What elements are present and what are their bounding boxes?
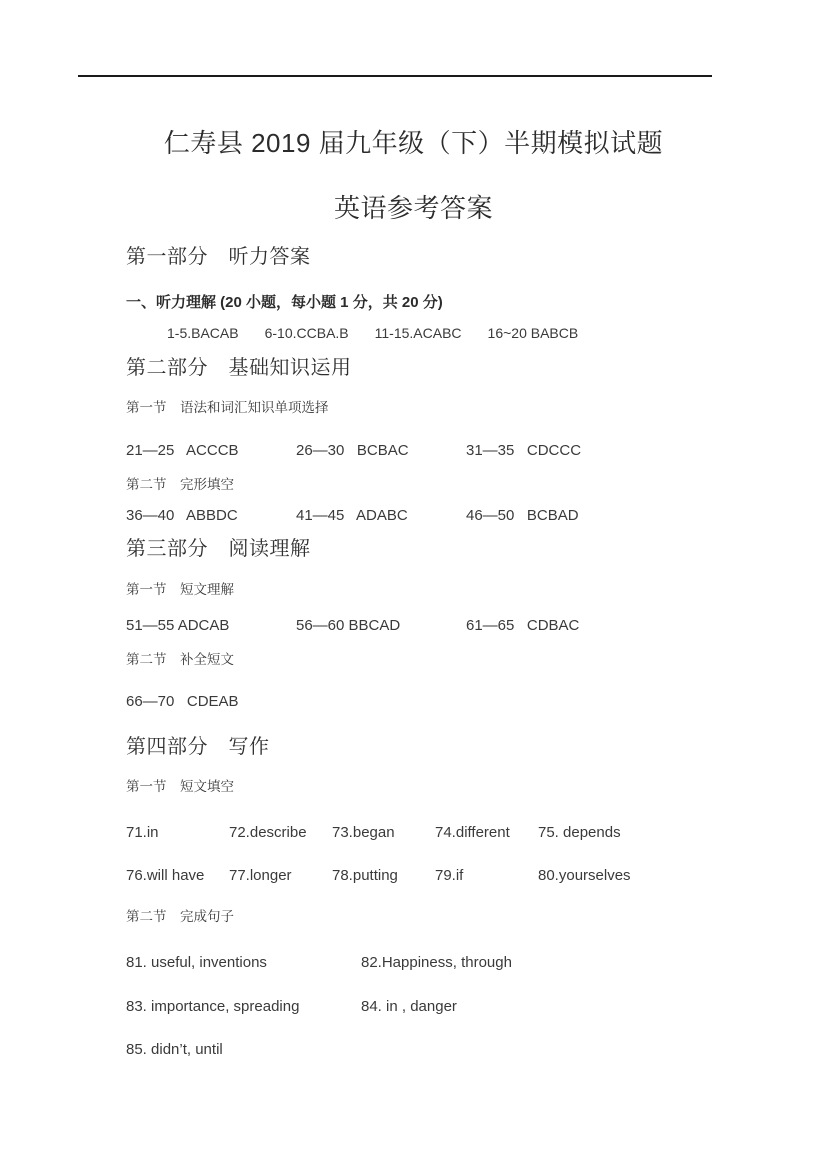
answer-item: 73.began xyxy=(332,824,435,843)
part4-heading: 第四部分 写作 xyxy=(126,735,270,760)
answer-item: 80.yourselves xyxy=(538,867,631,886)
part2-section1-answers: 21—25 ACCCB 26—30 BCBAC 31—35 CDCCC xyxy=(126,442,581,461)
part4-sentence-row: 81. useful, inventions 82.Happiness, thr… xyxy=(126,954,512,973)
answer-item: 71.in xyxy=(126,824,229,843)
answer-group: 1-5.BACAB xyxy=(167,325,239,343)
answer-group: 46—50 BCBAD xyxy=(466,507,579,526)
answer-item: 82.Happiness, through xyxy=(361,954,512,973)
part4-section1-label: 第一节 短文填空 xyxy=(126,779,234,796)
part1-listening-answers: 1-5.BACAB 6-10.CCBA.B 11-15.ACABC 16~20 … xyxy=(167,325,578,343)
answer-group: 66—70 CDEAB xyxy=(126,693,239,712)
answer-group: 61—65 CDBAC xyxy=(466,617,579,636)
part3-section2-label: 第二节 补全短文 xyxy=(126,652,234,669)
answer-group: 41—45 ADABC xyxy=(296,507,466,526)
answer-group: 51—55 ADCAB xyxy=(126,617,296,636)
answer-group: 6-10.CCBA.B xyxy=(265,325,349,343)
header-rule xyxy=(78,75,712,77)
answer-group: 11-15.ACABC xyxy=(375,325,462,343)
part2-heading: 第二部分 基础知识运用 xyxy=(126,356,352,381)
answer-group: 21—25 ACCCB xyxy=(126,442,296,461)
part2-section2-answers: 36—40 ABBDC 41—45 ADABC 46—50 BCBAD xyxy=(126,507,579,526)
part3-heading: 第三部分 阅读理解 xyxy=(126,537,311,562)
answer-item: 79.if xyxy=(435,867,538,886)
answer-group: 56—60 BBCAD xyxy=(296,617,466,636)
part1-listening-label: 一、听力理解 (20 小题，每小题 1 分，共 20 分) xyxy=(126,294,443,313)
answer-item: 81. useful, inventions xyxy=(126,954,361,973)
answer-key-document: 仁寿县 2019 届九年级（下）半期模拟试题 英语参考答案 第一部分 听力答案 … xyxy=(0,0,827,1169)
answer-group: 36—40 ABBDC xyxy=(126,507,296,526)
part2-section1-label: 第一节 语法和词汇知识单项选择 xyxy=(126,400,329,417)
answer-item: 74.different xyxy=(435,824,538,843)
answer-item: 84. in , danger xyxy=(361,998,457,1017)
answer-item: 77.longer xyxy=(229,867,332,886)
part4-sentence-row: 83. importance, spreading 84. in , dange… xyxy=(126,998,457,1017)
answer-group: 16~20 BABCB xyxy=(488,325,579,343)
part3-section1-answers: 51—55 ADCAB 56—60 BBCAD 61—65 CDBAC xyxy=(126,617,579,636)
document-title: 仁寿县 2019 届九年级（下）半期模拟试题 xyxy=(0,127,827,160)
part1-heading: 第一部分 听力答案 xyxy=(126,245,311,270)
part3-section2-answers: 66—70 CDEAB xyxy=(126,693,239,712)
document-subtitle: 英语参考答案 xyxy=(0,192,827,225)
answer-item: 75. depends xyxy=(538,824,621,843)
part3-section1-label: 第一节 短文理解 xyxy=(126,582,234,599)
answer-item: 76.will have xyxy=(126,867,229,886)
part4-blank-fill-row: 71.in 72.describe 73.began 74.different … xyxy=(126,824,621,843)
answer-item: 83. importance, spreading xyxy=(126,998,361,1017)
part4-section2-label: 第二节 完成句子 xyxy=(126,909,234,926)
part2-section2-label: 第二节 完形填空 xyxy=(126,477,234,494)
part4-blank-fill-row: 76.will have 77.longer 78.putting 79.if … xyxy=(126,867,631,886)
part4-sentence-row: 85. didn’t, until xyxy=(126,1041,223,1060)
answer-group: 31—35 CDCCC xyxy=(466,442,581,461)
answer-item: 72.describe xyxy=(229,824,332,843)
answer-group: 26—30 BCBAC xyxy=(296,442,466,461)
answer-item: 85. didn’t, until xyxy=(126,1041,223,1060)
answer-item: 78.putting xyxy=(332,867,435,886)
